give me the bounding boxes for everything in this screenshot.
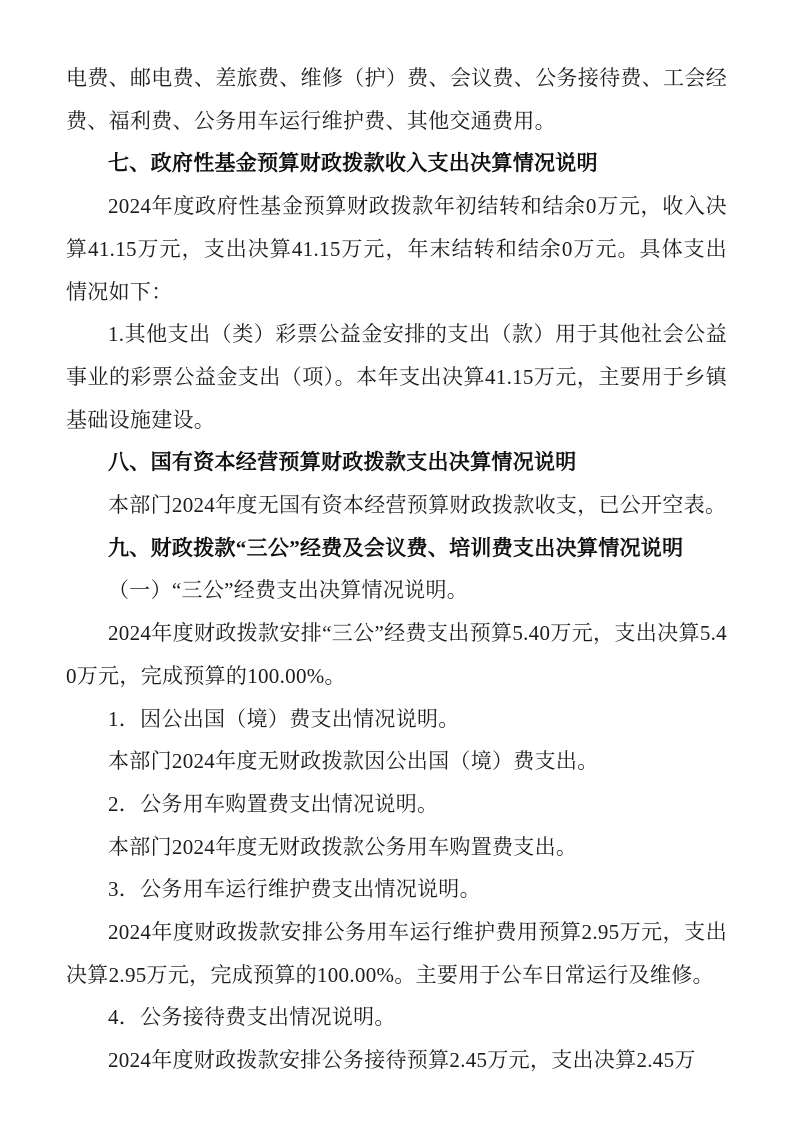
document-page: 电费、邮电费、差旅费、维修（护）费、会议费、公务接待费、工会经费、福利费、公务用… [0,0,793,1122]
paragraph-govfund-lottery-item: 1.其他支出（类）彩票公益金安排的支出（款）用于其他社会公益事业的彩票公益金支出… [66,313,727,441]
heading-section-9-three-public: 九、财政拨款“三公”经费及会议费、培训费支出决算情况说明 [66,527,727,570]
paragraph-govfund-summary: 2024年度政府性基金预算财政拨款年初结转和结余0万元，收入决算41.15万元，… [66,185,727,313]
paragraph-reception-expense-detail: 2024年度财政拨款安排公务接待预算2.45万元，支出决算2.45万 [66,1039,727,1082]
paragraph-vehicle-purchase-detail: 本部门2024年度无财政拨款公务用车购置费支出。 [66,826,727,869]
paragraph-vehicle-purchase-heading: 2．公务用车购置费支出情况说明。 [66,783,727,826]
paragraph-three-public-intro: （一）“三公”经费支出决算情况说明。 [66,569,727,612]
paragraph-vehicle-maintenance-detail: 2024年度财政拨款安排公务用车运行维护费用预算2.95万元，支出决算2.95万… [66,911,727,996]
heading-section-8-soe-capital: 八、国有资本经营预算财政拨款支出决算情况说明 [66,441,727,484]
heading-section-7-govfund-budget: 七、政府性基金预算财政拨款收入支出决算情况说明 [66,142,727,185]
paragraph-vehicle-maintenance-heading: 3．公务用车运行维护费支出情况说明。 [66,868,727,911]
paragraph-soe-capital-empty: 本部门2024年度无国有资本经营预算财政拨款收支，已公开空表。 [66,484,727,527]
paragraph-abroad-expense-heading: 1．因公出国（境）费支出情况说明。 [66,698,727,741]
paragraph-three-public-summary: 2024年度财政拨款安排“三公”经费支出预算5.40万元，支出决算5.40万元，… [66,612,727,697]
paragraph-expense-items-continued: 电费、邮电费、差旅费、维修（护）费、会议费、公务接待费、工会经费、福利费、公务用… [66,57,727,142]
paragraph-reception-expense-heading: 4．公务接待费支出情况说明。 [66,996,727,1039]
paragraph-abroad-expense-detail: 本部门2024年度无财政拨款因公出国（境）费支出。 [66,740,727,783]
